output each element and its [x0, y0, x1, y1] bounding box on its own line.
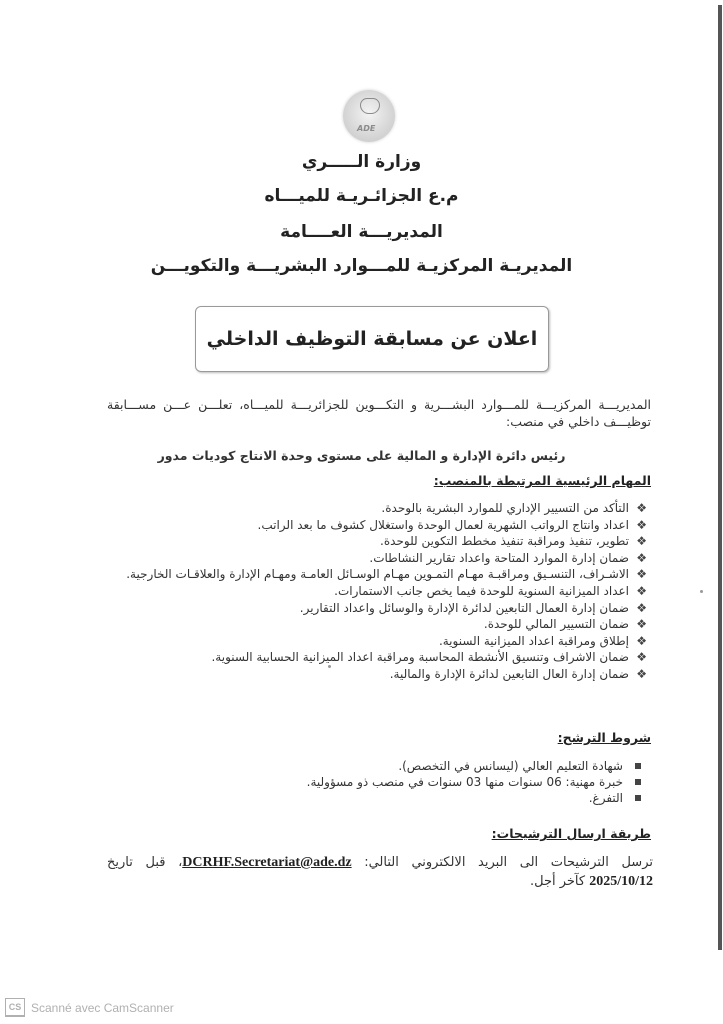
square-bullet-icon	[635, 763, 641, 769]
diamond-bullet-icon: ❖	[636, 649, 647, 666]
company-name: م.ع الجزائـريـة للميـــاه	[0, 186, 723, 206]
diamond-bullet-icon: ❖	[636, 566, 647, 583]
diamond-bullet-icon: ❖	[636, 600, 647, 617]
square-bullet-icon	[635, 795, 641, 801]
deadline-date: 2025/10/12	[589, 874, 653, 889]
hr-directorate: المديريـة المركزيـة للمـــوارد البشريـــ…	[0, 256, 723, 276]
task-item: ❖التأكد من التسيير الإداري للموارد البشر…	[89, 500, 649, 517]
camscanner-label: Scanné avec CamScanner	[31, 1001, 174, 1015]
task-item: ❖تطوير، تنفيذ ومراقبة تنفيذ مخطط التكوين…	[89, 533, 649, 550]
camscanner-logo-icon: CS	[5, 998, 25, 1017]
position-title: رئيس دائرة الإدارة و المالية على مستوى و…	[0, 448, 723, 463]
task-item: ❖ضمان إدارة العمال التابعين لدائرة الإدا…	[89, 600, 649, 617]
intro-paragraph: المديريـــة المركزيـــة للمـــوارد البشـ…	[107, 396, 651, 430]
task-item: ❖ضمان إدارة العال التابعين لدائرة الإدار…	[89, 666, 649, 683]
diamond-bullet-icon: ❖	[636, 500, 647, 517]
diamond-bullet-icon: ❖	[636, 517, 647, 534]
scanned-document-page: ADE وزارة الـــــري م.ع الجزائـريـة للمي…	[0, 0, 723, 1024]
ministry-name: وزارة الـــــري	[0, 152, 723, 172]
announcement-title-box: اعلان عن مسابقة التوظيف الداخلي	[195, 306, 549, 372]
submission-heading: طريقة ارسال الترشيحات:	[492, 826, 651, 841]
submission-paragraph: ترسل الترشيحات الى البريد الالكتروني الت…	[107, 853, 653, 891]
condition-item: خبرة مهنية: 06 سنوات منها 03 سنوات في من…	[225, 774, 645, 790]
camscanner-watermark: CS Scanné avec CamScanner	[5, 998, 174, 1017]
tasks-heading: المهام الرئيسية المرتبطة بالمنصب:	[434, 473, 651, 488]
tasks-list: ❖التأكد من التسيير الإداري للموارد البشر…	[89, 500, 649, 683]
task-item: ❖ضمان التسيير المالي للوحدة.	[89, 616, 649, 633]
task-item: ❖ضمان الاشراف وتنسيق الأنشطة المحاسبة وم…	[89, 649, 649, 666]
task-item: ❖اعداد الميزانية السنوية للوحدة فيما يخص…	[89, 583, 649, 600]
diamond-bullet-icon: ❖	[636, 666, 647, 683]
scan-speck	[700, 590, 703, 593]
condition-item: التفرغ.	[225, 790, 645, 806]
submission-email-link[interactable]: DCRHF.Secretariat@ade.dz	[182, 855, 351, 870]
logo-emblem-icon	[360, 98, 380, 114]
diamond-bullet-icon: ❖	[636, 550, 647, 567]
conditions-heading: شروط الترشح:	[558, 730, 651, 745]
diamond-bullet-icon: ❖	[636, 583, 647, 600]
general-directorate: المديريـــة العــــامة	[0, 222, 723, 242]
diamond-bullet-icon: ❖	[636, 616, 647, 633]
task-item: ❖إطلاق ومراقبة اعداد الميزانية السنوية.	[89, 633, 649, 650]
condition-item: شهادة التعليم العالي (ليسانس في التخصص).	[225, 758, 645, 774]
task-item: ❖الاشـراف، التنسـيق ومراقبـة مهـام التمـ…	[89, 566, 649, 583]
logo-text: ADE	[357, 124, 375, 133]
scan-edge-border	[718, 5, 722, 950]
task-item: ❖ضمان إدارة الموارد المتاحة واعداد تقاري…	[89, 550, 649, 567]
announcement-title: اعلان عن مسابقة التوظيف الداخلي	[207, 328, 538, 350]
ade-logo-icon: ADE	[343, 90, 395, 142]
diamond-bullet-icon: ❖	[636, 533, 647, 550]
diamond-bullet-icon: ❖	[636, 633, 647, 650]
scan-speck	[328, 665, 331, 668]
square-bullet-icon	[635, 779, 641, 785]
task-item: ❖اعداد وانتاج الرواتب الشهرية لعمال الوح…	[89, 517, 649, 534]
conditions-list: شهادة التعليم العالي (ليسانس في التخصص).…	[225, 758, 645, 806]
